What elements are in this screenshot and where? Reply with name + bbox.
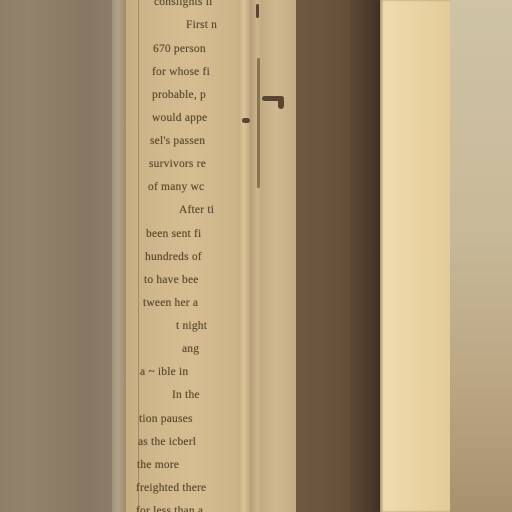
text-line: probable, p [152,89,206,101]
text-line: sel's passen [150,135,205,147]
text-line: First n [186,19,217,31]
text-line: been sent fi [146,228,201,240]
text-line: hundreds of [145,251,202,263]
text-line: conslights li [154,0,213,8]
text-line: In the [172,389,200,401]
text-line: as the icberl [138,436,196,448]
dark-book-spine [350,0,380,512]
text-line: t night [176,320,207,332]
cream-page-block [380,0,450,512]
text-line: 670 person [153,43,206,55]
text-line: the more [137,459,179,471]
text-line: for whose fi [152,66,210,78]
text-line: would appe [152,112,207,124]
left-page-edge [112,0,126,512]
ink-smudge [242,118,250,123]
text-line: ang [182,343,199,355]
text-line: to have bee [144,274,199,286]
text-line: freighted there [136,482,206,494]
thin-page-edge [238,0,250,512]
text-line: survivors re [149,158,206,170]
dark-book-cover [296,0,350,512]
text-line: After ti [179,204,214,216]
left-book-board [0,0,112,512]
text-line: tween her a [143,297,198,309]
printed-text-strip: conslights li First n 670 person for who… [126,0,238,512]
text-line: of many wc [148,181,204,193]
page-crease [257,58,260,188]
ink-hook-mark [278,98,284,109]
thin-page-edge [262,0,296,512]
text-line: tion pauses [139,413,193,425]
text-line: a ~ ible in [140,366,188,378]
text-line: for less than a [136,505,203,512]
ink-smudge [256,4,259,18]
right-book-board [450,0,512,512]
thin-page-edge [250,0,262,512]
